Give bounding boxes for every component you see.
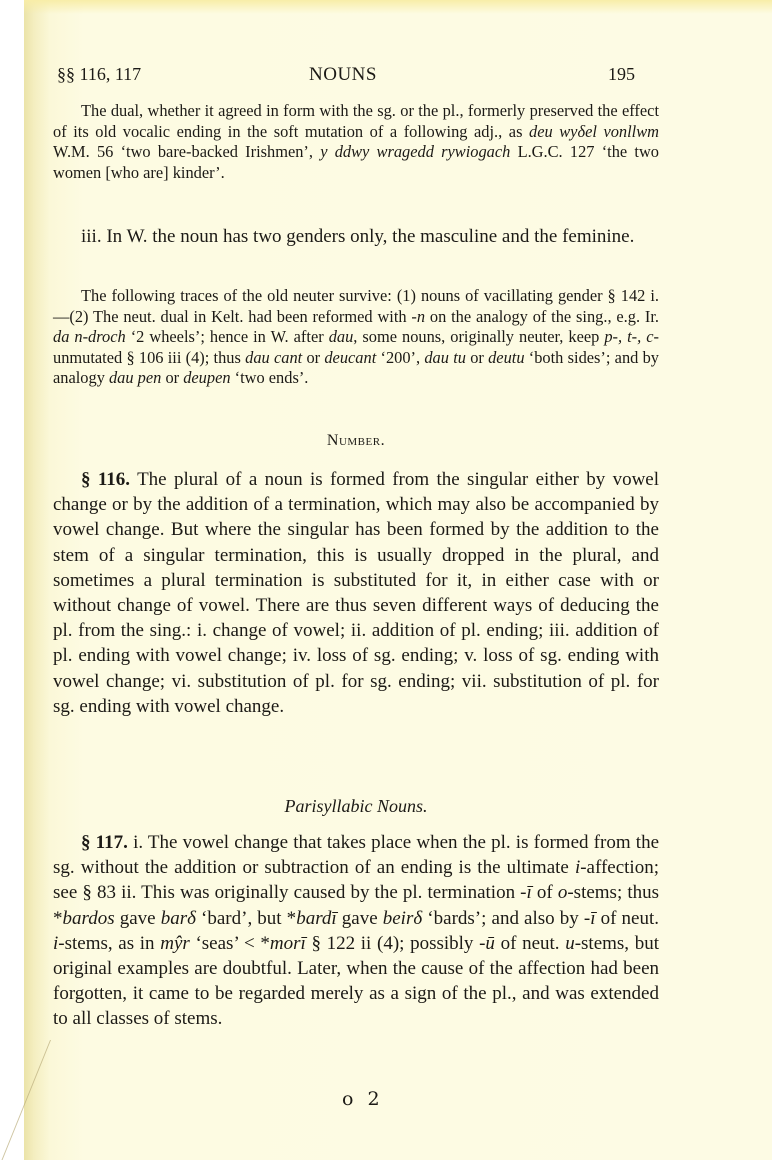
section-116-number: § 116.	[81, 469, 130, 490]
neuter-note-paragraph: The following traces of the old neuter s…	[53, 286, 659, 389]
parisyllabic-heading: Parisyllabic Nouns.	[53, 796, 659, 817]
section-117-number: § 117.	[81, 832, 128, 853]
page-crease	[2, 1040, 111, 1160]
section-116-paragraph: § 116. The plural of a noun is formed fr…	[53, 467, 659, 719]
section-117-paragraph: § 117. i. The vowel change that takes pl…	[53, 830, 659, 1032]
number-heading: Number.	[53, 432, 659, 450]
genders-paragraph: iii. In W. the noun has two genders only…	[53, 224, 659, 249]
header-section-refs: §§ 116, 117	[57, 64, 141, 85]
running-header: §§ 116, 117 NOUNS 195	[57, 64, 635, 90]
book-page: §§ 116, 117 NOUNS 195 The dual, whether …	[24, 0, 772, 1160]
signature-mark: o 2	[342, 1088, 384, 1110]
header-title: NOUNS	[309, 64, 377, 86]
page-number: 195	[608, 64, 635, 85]
dual-note-paragraph: The dual, whether it agreed in form with…	[53, 101, 659, 183]
